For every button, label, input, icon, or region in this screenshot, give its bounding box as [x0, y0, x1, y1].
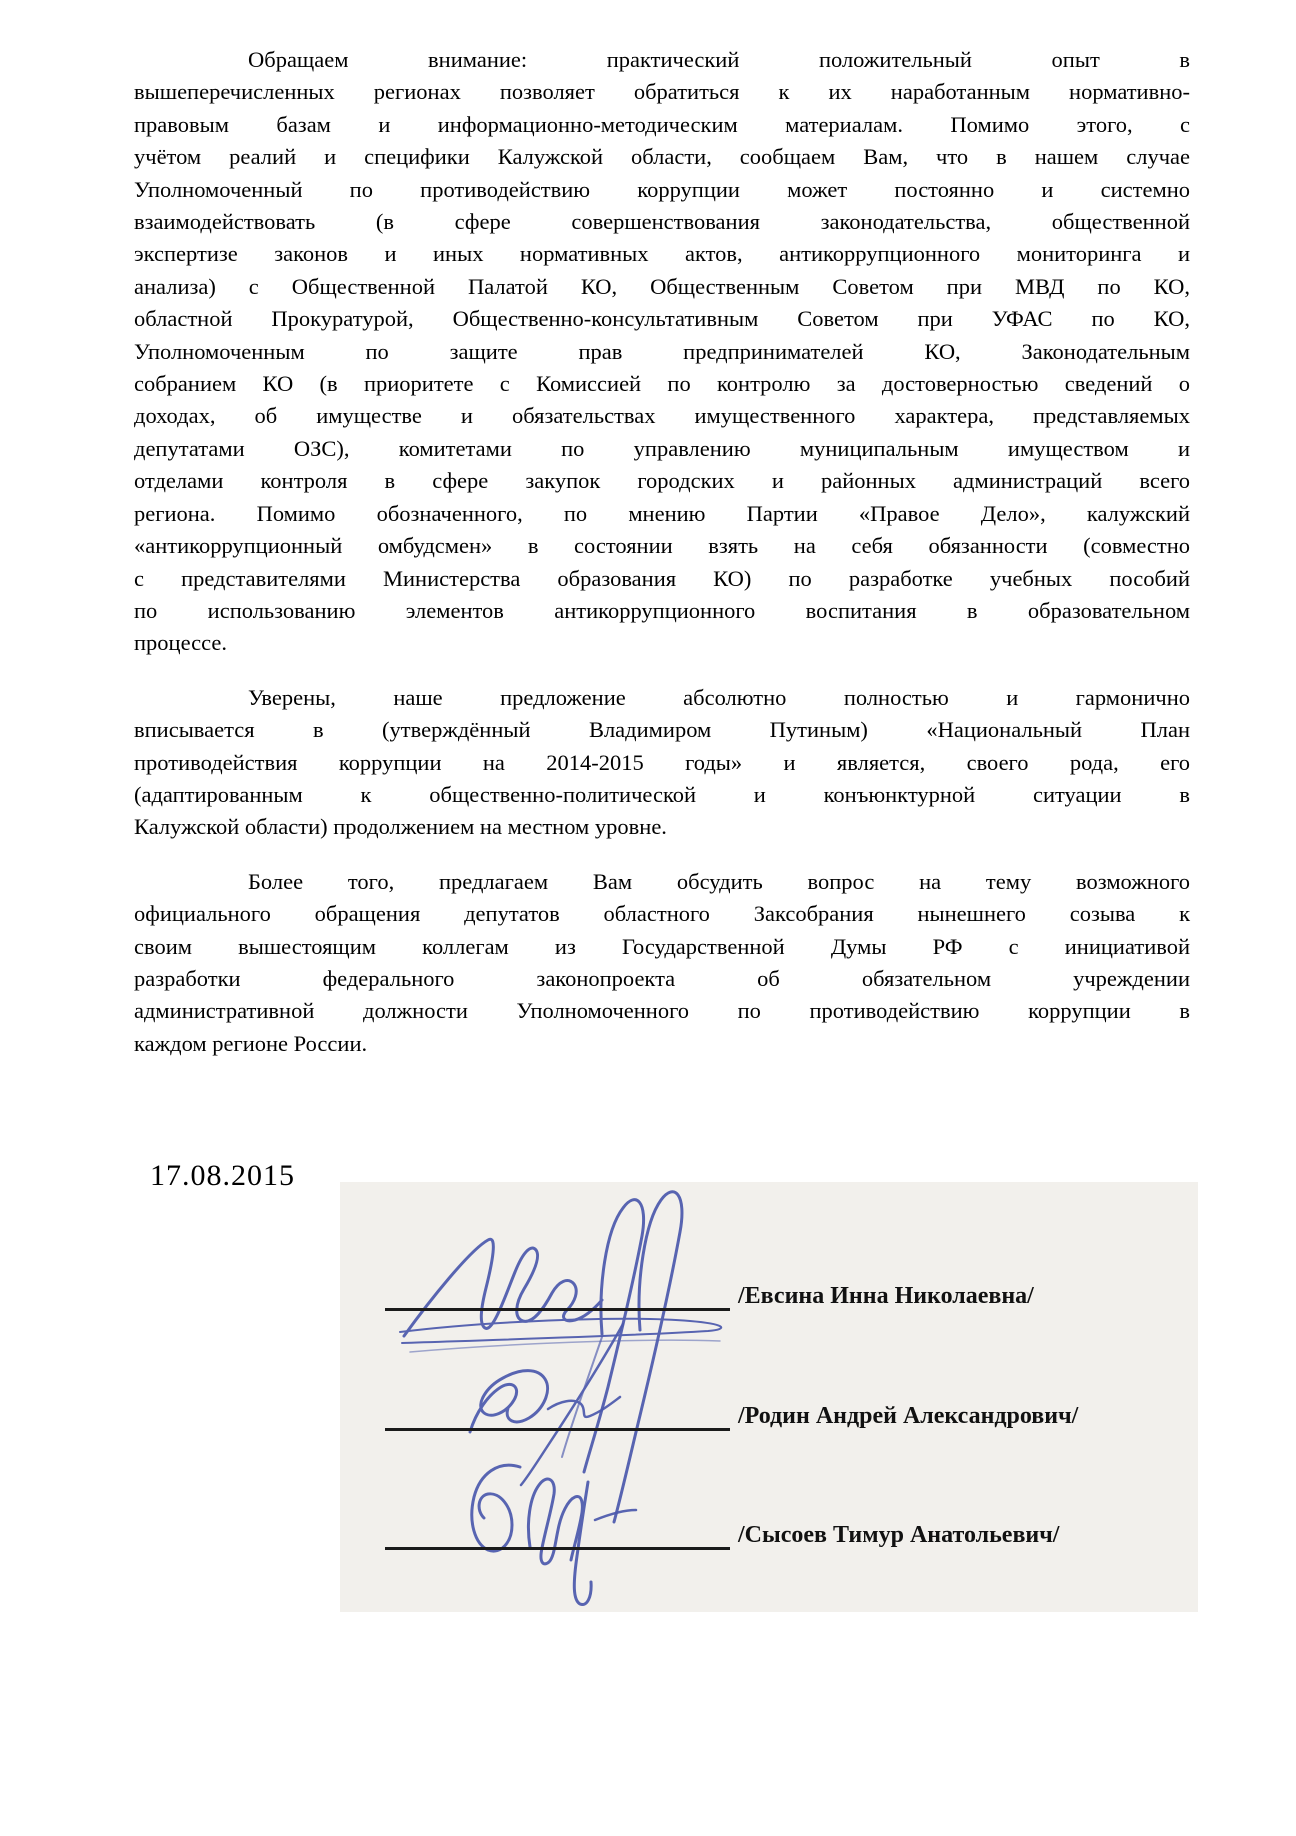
- signature-1-ink: [400, 1192, 721, 1522]
- body-line: административной должности Уполномоченно…: [134, 995, 1190, 1027]
- body-line: Более того, предлагаем Вам обсудить вопр…: [134, 866, 1190, 898]
- body-line: Уполномоченный по противодействию корруп…: [134, 174, 1190, 206]
- body-line: депутатами ОЗС), комитетами по управлени…: [134, 433, 1190, 465]
- body-line: каждом регионе России.: [134, 1028, 1190, 1060]
- body-line: собранием КО (в приоритете с Комиссией п…: [134, 368, 1190, 400]
- paragraph-1: Обращаем внимание: практический положите…: [134, 44, 1190, 660]
- body-line: (адаптированным к общественно-политическ…: [134, 779, 1190, 811]
- signature-scan-region: /Евсина Инна Николаевна/ /Родин Андрей А…: [340, 1182, 1198, 1612]
- body-line: Уверены, наше предложение абсолютно полн…: [134, 682, 1190, 714]
- document-page: Обращаем внимание: практический положите…: [0, 0, 1296, 1836]
- body-line: процессе.: [134, 627, 1190, 659]
- body-line: анализа) с Общественной Палатой КО, Обще…: [134, 271, 1190, 303]
- signature-rule-3: [385, 1547, 730, 1550]
- body-line: правовым базам и информационно-методичес…: [134, 109, 1190, 141]
- body-line: учётом реалий и специфики Калужской обла…: [134, 141, 1190, 173]
- body-line: Уполномоченным по защите прав предприним…: [134, 336, 1190, 368]
- signatory-name-2: /Родин Андрей Александрович/: [738, 1404, 1078, 1428]
- body-line: взаимодействовать (в сфере совершенствов…: [134, 206, 1190, 238]
- signatory-name-1: /Евсина Инна Николаевна/: [738, 1284, 1034, 1308]
- signature-rule-2: [385, 1428, 730, 1431]
- body-line: официального обращения депутатов областн…: [134, 898, 1190, 930]
- body-line: вписывается в (утверждённый Владимиром П…: [134, 714, 1190, 746]
- body-line: отделами контроля в сфере закупок городс…: [134, 465, 1190, 497]
- body-line: своим вышестоящим коллегам из Государств…: [134, 931, 1190, 963]
- body-line: по использованию элементов антикоррупцио…: [134, 595, 1190, 627]
- body-line: с представителями Министерства образован…: [134, 563, 1190, 595]
- signature-2-ink: [470, 1324, 623, 1485]
- letter-body: Обращаем внимание: практический положите…: [134, 44, 1190, 1060]
- body-line: региона. Помимо обозначенного, по мнению…: [134, 498, 1190, 530]
- paragraph-3: Более того, предлагаем Вам обсудить вопр…: [134, 866, 1190, 1060]
- body-line: экспертизе законов и иных нормативных ак…: [134, 238, 1190, 270]
- body-line: доходах, об имуществе и обязательствах и…: [134, 400, 1190, 432]
- body-line: вышеперечисленных регионах позволяет обр…: [134, 76, 1190, 108]
- paragraph-2: Уверены, наше предложение абсолютно полн…: [134, 682, 1190, 844]
- signature-rule-1: [385, 1308, 730, 1311]
- body-line: «антикоррупционный омбудсмен» в состояни…: [134, 530, 1190, 562]
- body-line: областной Прокуратурой, Общественно-конс…: [134, 303, 1190, 335]
- body-line: противодействия коррупции на 2014-2015 г…: [134, 747, 1190, 779]
- document-date: 17.08.2015: [150, 1161, 295, 1191]
- body-line: Обращаем внимание: практический положите…: [134, 44, 1190, 76]
- body-line: разработки федерального законопроекта об…: [134, 963, 1190, 995]
- signature-3-ink: [472, 1465, 636, 1604]
- body-line: Калужской области) продолжением на местн…: [134, 811, 1190, 843]
- signatory-name-3: /Сысоев Тимур Анатольевич/: [738, 1523, 1059, 1547]
